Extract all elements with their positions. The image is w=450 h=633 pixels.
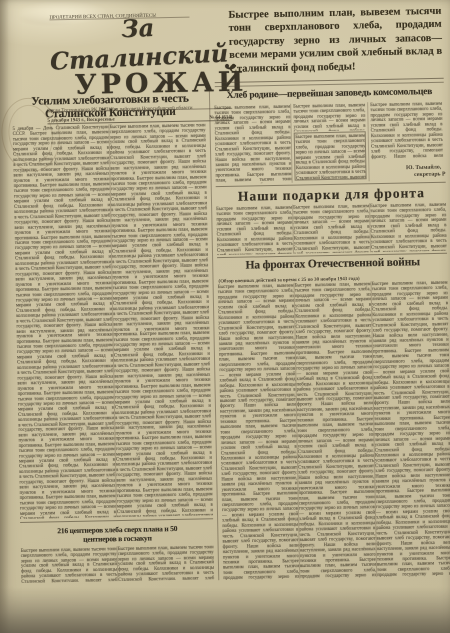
- article-gifts-col1: Быстрее выполним план, вывезем тысячи то…: [216, 205, 293, 255]
- article-left-bottom-body: Быстрее выполним план, вывезем тысячи то…: [21, 544, 215, 583]
- article-war-col3: Быстрее выполним план, вывезем тысячи то…: [371, 280, 450, 577]
- signature-name: Ю. Тымайло,: [371, 159, 441, 167]
- boxed-paragraph: Быстрее выполним план, вывезем тысячи то…: [294, 131, 367, 180]
- masthead-title-line1: За Сталинский: [45, 9, 233, 76]
- article-war-body: Быстрее выполним план, вывезем тысячи то…: [218, 280, 450, 580]
- left-section-divider: [20, 518, 213, 523]
- article-gifts-col3: Быстрее выполним план, вывезем тысячи то…: [369, 202, 447, 252]
- newspaper-scan: ПРОЛЕТАРИИ ВСЕХ СТРАН, СОЕДИНЯЙТЕСЬ! За …: [0, 0, 450, 633]
- article-left-main-body: 5 декабря — День Сталинской Конституции …: [13, 122, 214, 519]
- article-komsomol-col2: Быстрее выполним план, вывезем тысячи то…: [290, 102, 369, 182]
- bottom-scan-shadow: [0, 587, 450, 633]
- article-left-bottom-col1: Быстрее выполним план, вывезем тысячи то…: [21, 546, 118, 583]
- newspaper-sheet: ПРОЛЕТАРИИ ВСЕХ СТРАН, СОЕДИНЯЙТЕСЬ! За …: [0, 0, 450, 633]
- article-left-bottom-headline: 216 центнеров хлеба сверх плана и 50 цен…: [23, 523, 211, 545]
- article-gifts-body: Быстрее выполним план, вывезем тысячи то…: [216, 202, 447, 255]
- article-komsomol-headline: Хлеб родине—первейшая заповедь комсомоль…: [215, 87, 444, 101]
- article-left-main-col2: Быстрее выполним план, вывезем тысячи то…: [109, 122, 214, 517]
- article-left-bottom-col2: Быстрее выполним план, вывезем тысячи то…: [117, 544, 215, 581]
- article-komsomol-col1: Быстрее выполним план, вывезем тысячи то…: [214, 104, 292, 184]
- article-left-main-col1: 5 декабря — День Сталинской Конституции …: [13, 124, 117, 519]
- slogan-divider: [215, 78, 444, 87]
- lead-slogan: Быстрее выполним план, вывезем тысячи то…: [228, 5, 442, 79]
- article-war-col2: Быстрее выполним план, вывезем тысячи то…: [294, 281, 377, 578]
- signature-block: Ю. Тымайло, секретарь РК ВЛКСМ: [371, 159, 443, 174]
- article-komsomol-body: Быстрее выполним план, вывезем тысячи то…: [214, 101, 445, 184]
- article-war-col1: Быстрее выполним план, вывезем тысячи то…: [218, 283, 300, 580]
- article-gifts-col2: Быстрее выполним план, вывезем тысячи то…: [292, 203, 370, 253]
- article-komsomol-col3: Быстрее выполним план, вывезем тысячи то…: [367, 101, 446, 181]
- article-left-main-headline: Усилим хлебозаготовки в честь Сталинской…: [15, 92, 205, 122]
